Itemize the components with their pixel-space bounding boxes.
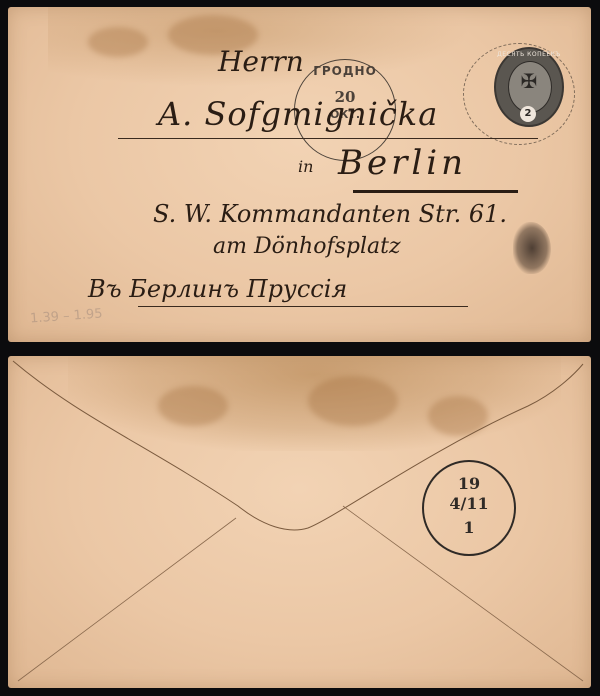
- double-headed-eagle-icon: ✠: [496, 69, 562, 93]
- postmark-line-3: 1: [424, 518, 514, 537]
- postmark-line-1: 19: [424, 474, 514, 493]
- address-square: am Dönhofsplatz: [213, 234, 401, 259]
- postmark-town: ГРОДНО: [295, 64, 395, 78]
- postmark-line-2: 4/11: [424, 494, 514, 513]
- stamp-legend: ДЕСЯТЬ КОПЕЕКЪ: [496, 51, 562, 58]
- address-salutation: Herrn: [218, 45, 304, 78]
- envelope-front: ДЕСЯТЬ КОПЕЕКЪ ✠ 2 ГРОДНО 20 ОКТ. Herrn …: [8, 7, 591, 342]
- stamp-value: 2: [520, 106, 536, 122]
- address-preposition: in: [298, 157, 313, 176]
- city-underline: [353, 190, 518, 193]
- ink-blot: [513, 222, 551, 274]
- arrival-postmark: 19 4/11 1: [422, 460, 516, 556]
- address-city: Berlin: [338, 143, 467, 183]
- address-recipient: A. Sofgmignička: [158, 95, 438, 133]
- recipient-underline: [118, 138, 538, 139]
- address-street: S. W. Kommandanten Str. 61.: [153, 200, 507, 228]
- address-cyrillic-destination: Въ Берлинъ Пруссія: [88, 275, 347, 303]
- imprinted-stamp: ДЕСЯТЬ КОПЕЕКЪ ✠ 2: [494, 47, 564, 127]
- pencil-note: 1.39 – 1.95: [30, 306, 104, 326]
- destination-underline: [138, 306, 468, 307]
- foxing-spot: [88, 27, 148, 57]
